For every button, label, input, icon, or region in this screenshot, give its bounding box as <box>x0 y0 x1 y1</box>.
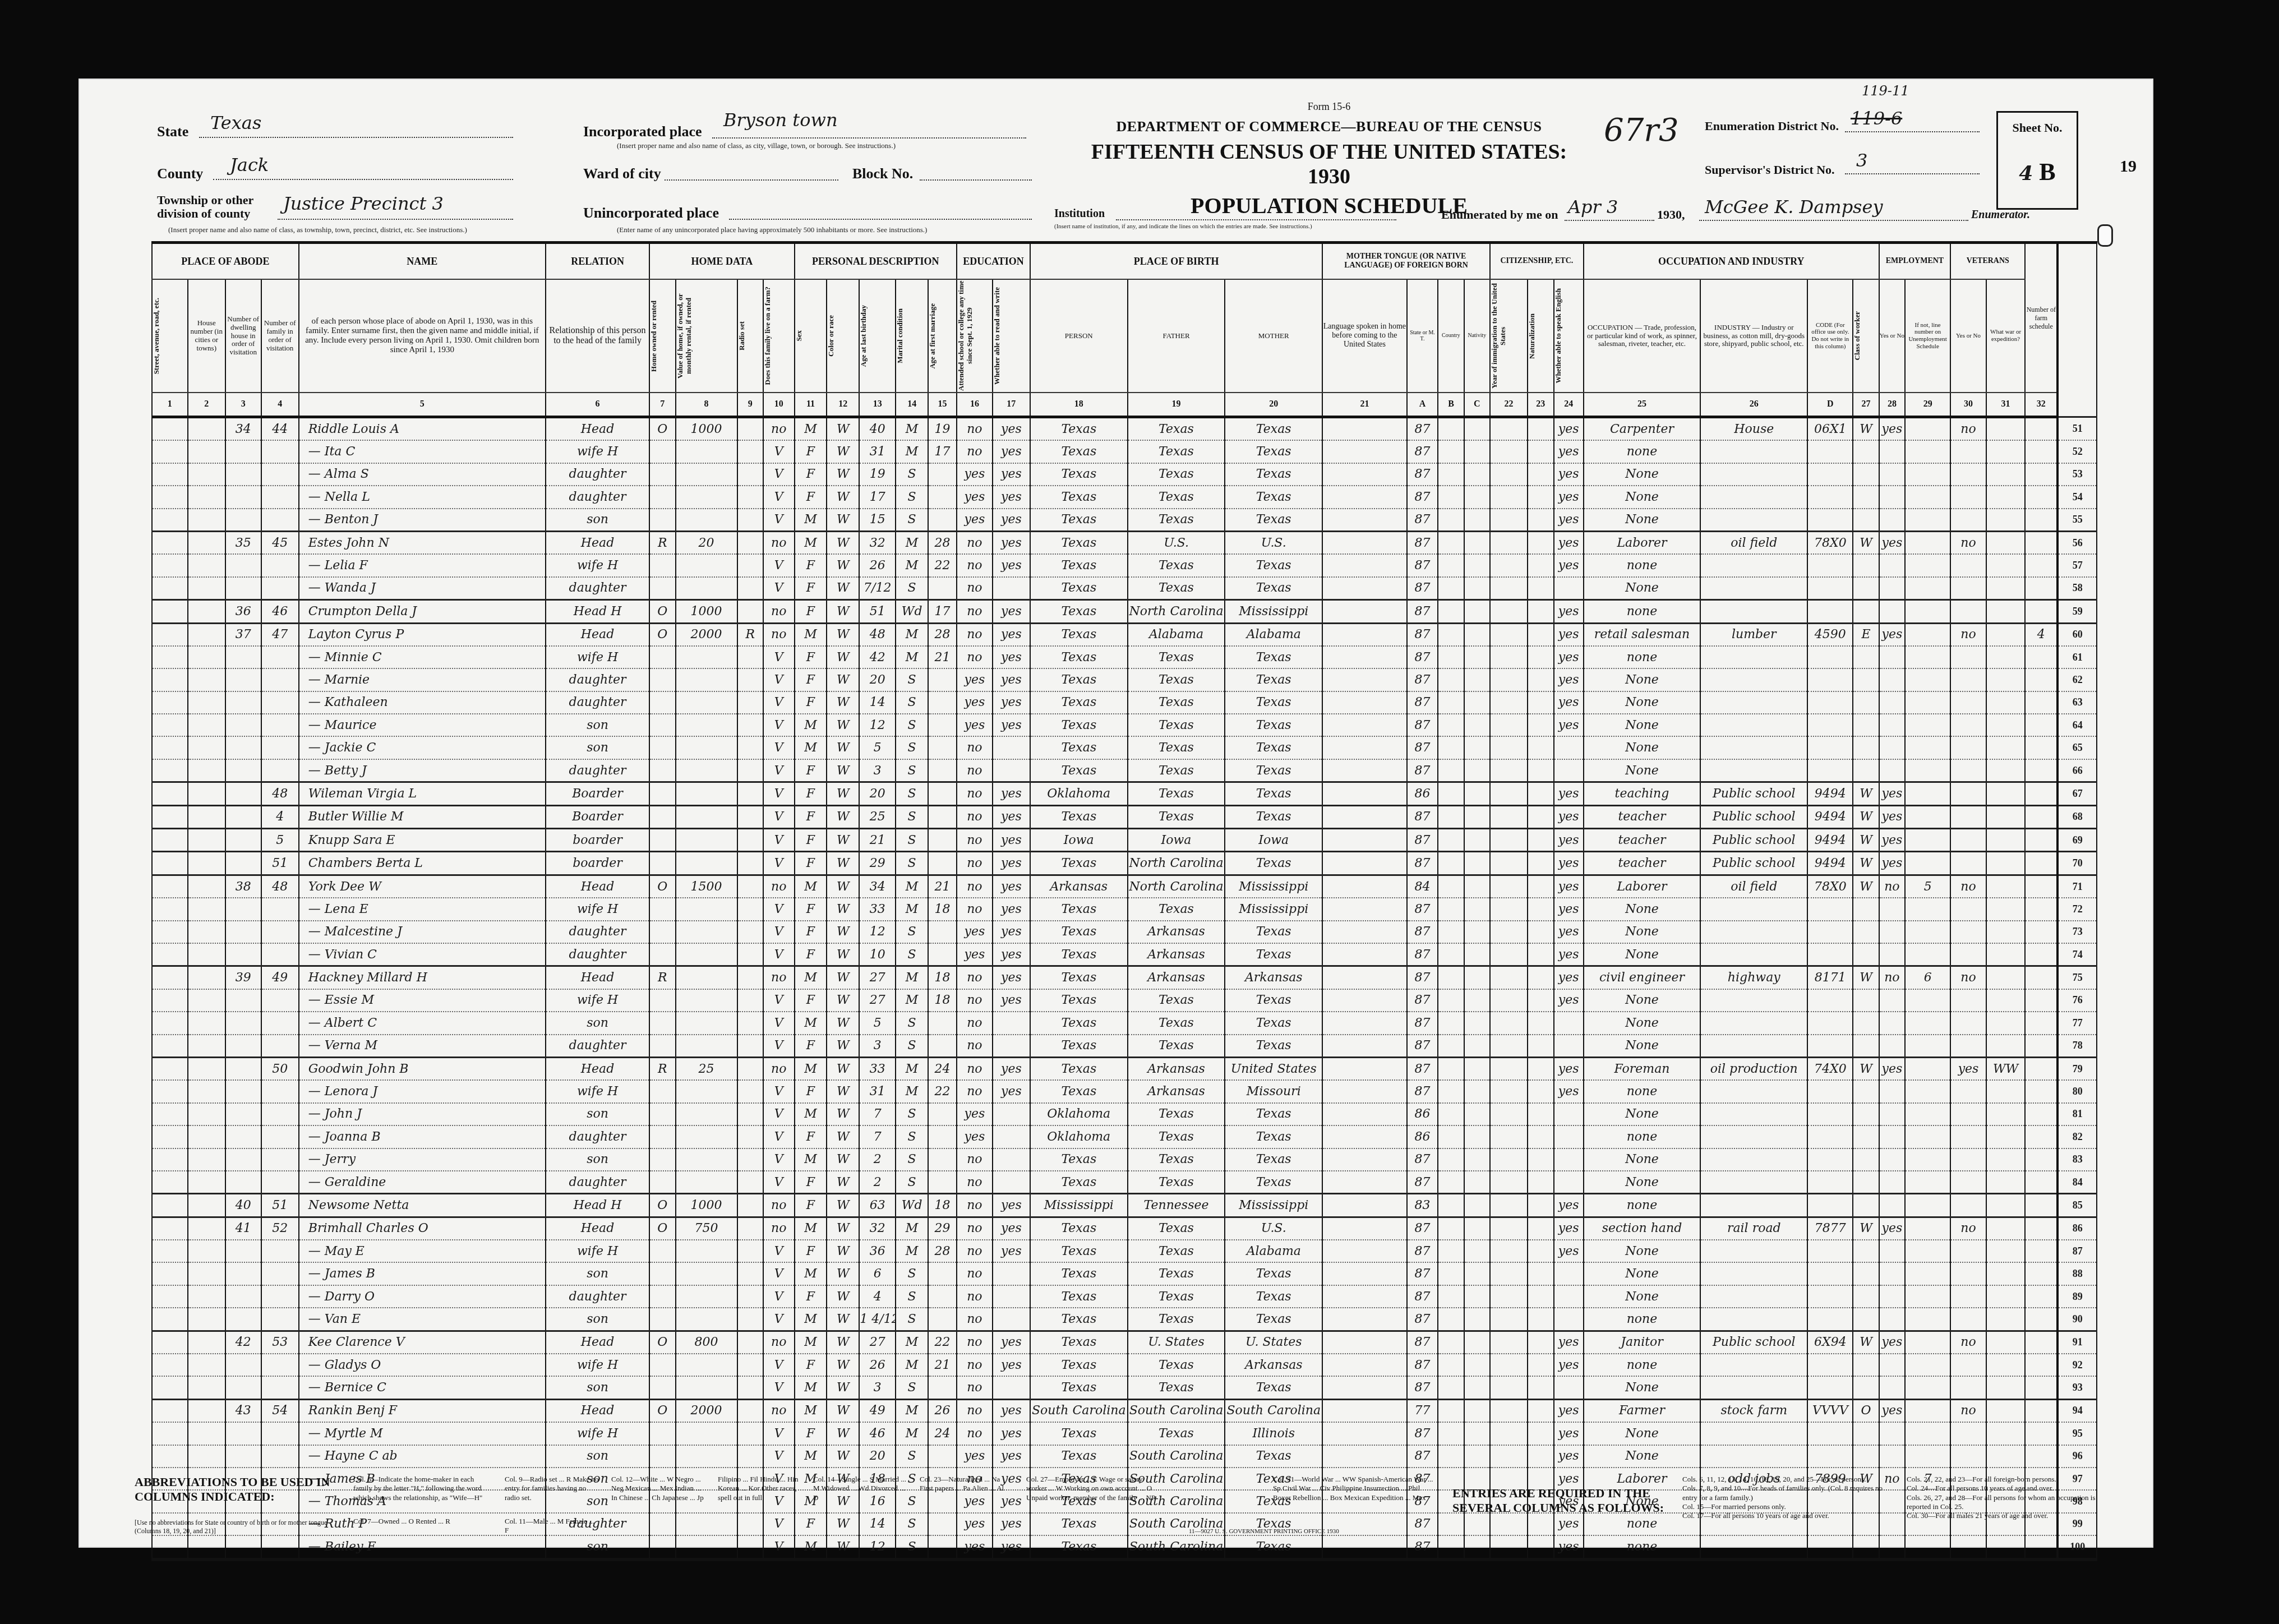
code-d-cell <box>1807 1103 1853 1125</box>
farm-cell: no <box>763 531 795 554</box>
class-of-worker-cell: W <box>1853 417 1879 441</box>
farm-cell: V <box>763 1125 795 1148</box>
col-pob-person: PERSON <box>1030 279 1128 393</box>
code-c-cell <box>1464 1103 1490 1125</box>
birthplace-father-cell: Texas <box>1128 1354 1225 1376</box>
relation-cell: wife H <box>546 646 649 668</box>
occupation-cell: None <box>1584 1376 1700 1399</box>
sex-cell: M <box>795 1217 827 1240</box>
language-cell <box>1322 782 1407 805</box>
code-d-cell <box>1807 1354 1853 1376</box>
veteran-cell <box>1950 1376 1986 1399</box>
home-owned-cell <box>649 1354 675 1376</box>
street-cell <box>152 417 188 441</box>
ward-label: Ward of city <box>583 165 661 182</box>
class-of-worker-cell: W <box>1853 782 1879 805</box>
age-cell: 31 <box>859 1080 896 1102</box>
occupation-cell: None <box>1584 1422 1700 1445</box>
home-owned-cell <box>649 440 675 463</box>
birthplace-father-cell: North Carolina <box>1128 852 1225 875</box>
farm-schedule-cell <box>2025 1080 2057 1102</box>
table-row: — Hayne C absonVMW20SyesyesTexasSouth Ca… <box>152 1445 2097 1468</box>
veteran-cell <box>1950 1194 1986 1217</box>
line-number-cell: 57 <box>2057 554 2097 576</box>
line-number-cell: 68 <box>2057 805 2097 828</box>
code-d-cell: 9494 <box>1807 829 1853 852</box>
code-a-cell: 87 <box>1407 1012 1438 1034</box>
at-work-cell: yes <box>1879 1057 1905 1080</box>
abbr-col7: Col. 7—Owned ... O Rented ... R <box>353 1517 493 1526</box>
at-work-cell <box>1879 1354 1905 1376</box>
line-number-cell: 96 <box>2057 1445 2097 1468</box>
table-row: 4253Kee Clarence VHeadO800noMW27M22noyes… <box>152 1331 2097 1354</box>
marital-cell: S <box>896 1262 928 1285</box>
occupation-cell: None <box>1584 943 1700 966</box>
at-work-cell <box>1879 1376 1905 1399</box>
code-d-cell <box>1807 1171 1853 1194</box>
table-row: — Verna MdaughterVFW3SnoTexasTexasTexas8… <box>152 1035 2097 1058</box>
radio-cell <box>737 1080 763 1102</box>
code-b-cell <box>1438 440 1464 463</box>
table-row: — GeraldinedaughterVFW2SnoTexasTexasTexa… <box>152 1171 2097 1194</box>
institution-label: Institution <box>1054 207 1105 220</box>
veteran-cell <box>1950 600 1986 623</box>
group-occupation-industry: OCCUPATION AND INDUSTRY <box>1584 243 1879 280</box>
industry-cell <box>1700 1103 1807 1125</box>
home-value-cell: 1500 <box>676 875 737 898</box>
house-number-cell <box>188 782 225 805</box>
industry-cell <box>1700 1422 1807 1445</box>
house-number-cell <box>188 1125 225 1148</box>
veteran-cell <box>1950 463 1986 486</box>
birthplace-mother-cell: Texas <box>1225 1125 1322 1148</box>
speak-english-cell: yes <box>1554 714 1584 736</box>
age-cell: 3 <box>859 1035 896 1058</box>
veteran-cell <box>1950 1148 1986 1171</box>
race-cell: W <box>827 531 859 554</box>
code-a-cell: 87 <box>1407 691 1438 714</box>
industry-cell <box>1700 1262 1807 1285</box>
enumerated-year: 1930, <box>1657 207 1685 222</box>
school-cell: yes <box>957 463 993 486</box>
relation-cell: Head <box>546 623 649 646</box>
farm-schedule-cell <box>2025 943 2057 966</box>
race-cell: W <box>827 943 859 966</box>
relation-cell: son <box>546 1376 649 1399</box>
birthplace-person-cell: Texas <box>1030 1171 1128 1194</box>
code-a-cell: 83 <box>1407 1194 1438 1217</box>
house-number-cell <box>188 1171 225 1194</box>
age-first-marriage-cell <box>928 782 957 805</box>
immigration-year-cell <box>1490 509 1528 532</box>
speak-english-cell: yes <box>1554 852 1584 875</box>
read-write-cell: yes <box>993 1331 1030 1354</box>
street-cell <box>152 577 188 600</box>
line-number-cell: 90 <box>2057 1308 2097 1331</box>
birthplace-father-cell: Texas <box>1128 714 1225 736</box>
veteran-cell <box>1950 1308 1986 1331</box>
sex-cell: M <box>795 1148 827 1171</box>
age-cell: 46 <box>859 1422 896 1445</box>
language-cell <box>1322 1240 1407 1262</box>
family-number-cell: 53 <box>261 1331 299 1354</box>
farm-schedule-cell <box>2025 1422 2057 1445</box>
immigration-year-cell <box>1490 1194 1528 1217</box>
birthplace-father-cell: Texas <box>1128 1148 1225 1171</box>
veteran-cell: no <box>1950 417 1986 441</box>
code-b-cell <box>1438 852 1464 875</box>
code-a-cell: 87 <box>1407 921 1438 943</box>
birthplace-father-cell: South Carolina <box>1128 1399 1225 1422</box>
radio-cell: R <box>737 623 763 646</box>
speak-english-cell: yes <box>1554 1080 1584 1102</box>
naturalization-cell <box>1528 1376 1553 1399</box>
immigration-year-cell <box>1490 1422 1528 1445</box>
dwelling-number-cell: 43 <box>225 1399 261 1422</box>
line-number-cell: 54 <box>2057 486 2097 508</box>
column-number: 16 <box>957 393 993 417</box>
table-row: — Minnie Cwife HVFW42M21noyesTexasTexasT… <box>152 646 2097 668</box>
war-cell: WW <box>1986 1057 2025 1080</box>
house-number-cell <box>188 829 225 852</box>
birthplace-mother-cell: Mississippi <box>1225 898 1322 920</box>
immigration-year-cell <box>1490 782 1528 805</box>
birthplace-person-cell: Texas <box>1030 1012 1128 1034</box>
speak-english-cell <box>1554 1308 1584 1331</box>
birthplace-father-cell: Texas <box>1128 691 1225 714</box>
table-row: — Joanna BdaughterVFW7SyesOklahomaTexasT… <box>152 1125 2097 1148</box>
school-cell: no <box>957 577 993 600</box>
at-work-cell <box>1879 759 1905 782</box>
class-of-worker-cell <box>1853 989 1879 1012</box>
farm-schedule-cell <box>2025 759 2057 782</box>
race-cell: W <box>827 577 859 600</box>
unincorporated-note: (Enter name of any unincorporated place … <box>617 225 1032 234</box>
naturalization-cell <box>1528 966 1553 989</box>
at-work-cell: yes <box>1879 417 1905 441</box>
home-owned-cell <box>649 759 675 782</box>
immigration-year-cell <box>1490 966 1528 989</box>
home-value-cell <box>676 1035 737 1058</box>
age-cell: 7 <box>859 1103 896 1125</box>
veteran-cell <box>1950 1103 1986 1125</box>
code-c-cell <box>1464 1422 1490 1445</box>
line-number-cell: 62 <box>2057 668 2097 691</box>
occupation-cell: None <box>1584 509 1700 532</box>
farm-cell: V <box>763 852 795 875</box>
immigration-year-cell <box>1490 921 1528 943</box>
speak-english-cell: yes <box>1554 782 1584 805</box>
code-d-cell: 9494 <box>1807 805 1853 828</box>
farm-schedule-cell <box>2025 1194 2057 1217</box>
table-row: — Ita Cwife HVFW31M17noyesTexasTexasTexa… <box>152 440 2097 463</box>
birthplace-person-cell: Texas <box>1030 714 1128 736</box>
birthplace-person-cell: Texas <box>1030 736 1128 759</box>
home-value-cell <box>676 1148 737 1171</box>
occupation-cell: None <box>1584 898 1700 920</box>
industry-cell <box>1700 554 1807 576</box>
column-number: 13 <box>859 393 896 417</box>
family-number-cell: 49 <box>261 966 299 989</box>
home-owned-cell <box>649 646 675 668</box>
code-c-cell <box>1464 1217 1490 1240</box>
marital-cell: M <box>896 531 928 554</box>
at-work-cell <box>1879 577 1905 600</box>
farm-schedule-cell <box>2025 509 2057 532</box>
house-number-cell <box>188 852 225 875</box>
home-value-cell <box>676 1445 737 1468</box>
class-of-worker-cell: O <box>1853 1399 1879 1422</box>
unincorporated-label: Unincorporated place <box>583 205 719 222</box>
sex-cell: F <box>795 1422 827 1445</box>
code-d-cell <box>1807 1262 1853 1285</box>
column-number: 31 <box>1986 393 2025 417</box>
radio-cell <box>737 736 763 759</box>
marital-cell: S <box>896 943 928 966</box>
class-of-worker-cell: W <box>1853 852 1879 875</box>
person-name-cell: — John J <box>299 1103 546 1125</box>
immigration-year-cell <box>1490 875 1528 898</box>
code-d-cell <box>1807 759 1853 782</box>
language-cell <box>1322 714 1407 736</box>
speak-english-cell: yes <box>1554 486 1584 508</box>
street-cell <box>152 554 188 576</box>
occupation-cell: none <box>1584 1194 1700 1217</box>
veteran-cell <box>1950 898 1986 920</box>
enum-district-correction: 119-11 <box>1862 83 1909 99</box>
person-name-cell: — Bernice C <box>299 1376 546 1399</box>
column-number: 25 <box>1584 393 1700 417</box>
home-owned-cell: O <box>649 1399 675 1422</box>
line-number-cell: 52 <box>2057 440 2097 463</box>
speak-english-cell <box>1554 1285 1584 1308</box>
read-write-cell <box>993 1285 1030 1308</box>
street-cell <box>152 759 188 782</box>
code-b-cell <box>1438 1376 1464 1399</box>
radio-cell <box>737 1308 763 1331</box>
school-cell: no <box>957 1262 993 1285</box>
person-name-cell: — Albert C <box>299 1012 546 1034</box>
war-cell <box>1986 966 2025 989</box>
read-write-cell: yes <box>993 623 1030 646</box>
code-a-cell: 87 <box>1407 1354 1438 1376</box>
class-of-worker-cell <box>1853 1125 1879 1148</box>
sex-cell: M <box>795 1399 827 1422</box>
home-value-cell <box>676 1422 737 1445</box>
code-b-cell <box>1438 1194 1464 1217</box>
street-cell <box>152 966 188 989</box>
language-cell <box>1322 829 1407 852</box>
language-cell <box>1322 1399 1407 1422</box>
industry-cell <box>1700 714 1807 736</box>
at-work-cell <box>1879 1262 1905 1285</box>
sex-cell: M <box>795 1103 827 1125</box>
age-first-marriage-cell: 22 <box>928 554 957 576</box>
read-write-cell: yes <box>993 417 1030 441</box>
home-owned-cell: O <box>649 417 675 441</box>
col-family: Number of family in order of visitation <box>261 279 299 393</box>
home-value-cell <box>676 736 737 759</box>
farm-cell: V <box>763 782 795 805</box>
street-cell <box>152 1331 188 1354</box>
col-industry: INDUSTRY — Industry or business, as cott… <box>1700 279 1807 393</box>
table-row: — Wanda JdaughterVFW7/12SnoTexasTexasTex… <box>152 577 2097 600</box>
radio-cell <box>737 531 763 554</box>
code-a-cell: 87 <box>1407 736 1438 759</box>
veteran-cell <box>1950 782 1986 805</box>
code-d-cell: 78X0 <box>1807 531 1853 554</box>
school-cell: no <box>957 1148 993 1171</box>
sex-cell: F <box>795 1285 827 1308</box>
code-d-cell <box>1807 989 1853 1012</box>
home-value-cell <box>676 829 737 852</box>
war-cell <box>1986 1308 2025 1331</box>
farm-schedule-cell <box>2025 875 2057 898</box>
age-cell: 26 <box>859 1354 896 1376</box>
read-write-cell: yes <box>993 509 1030 532</box>
col-pob-father: FATHER <box>1128 279 1225 393</box>
age-cell: 6 <box>859 1262 896 1285</box>
unemployment-line-cell: 5 <box>1905 875 1950 898</box>
group-place-of-birth: PLACE OF BIRTH <box>1030 243 1322 280</box>
person-name-cell: — Van E <box>299 1308 546 1331</box>
group-home-data: HOME DATA <box>649 243 794 280</box>
code-a-cell: 87 <box>1407 554 1438 576</box>
race-cell: W <box>827 1262 859 1285</box>
read-write-cell: yes <box>993 531 1030 554</box>
table-row: — Essie Mwife HVFW27M18noyesTexasTexasTe… <box>152 989 2097 1012</box>
dwelling-number-cell: 36 <box>225 600 261 623</box>
code-a-cell: 86 <box>1407 782 1438 805</box>
column-number: 28 <box>1879 393 1905 417</box>
immigration-year-cell <box>1490 805 1528 828</box>
farm-cell: V <box>763 463 795 486</box>
speak-english-cell <box>1554 1125 1584 1148</box>
table-row: — Nella LdaughterVFW17SyesyesTexasTexasT… <box>152 486 2097 508</box>
veteran-cell <box>1950 1012 1986 1034</box>
line-number-cell: 94 <box>2057 1399 2097 1422</box>
street-cell <box>152 1399 188 1422</box>
occupation-cell: teacher <box>1584 805 1700 828</box>
relation-cell: daughter <box>546 1035 649 1058</box>
unemployment-line-cell <box>1905 600 1950 623</box>
veteran-cell <box>1950 1285 1986 1308</box>
at-work-cell <box>1879 714 1905 736</box>
read-write-cell <box>993 1125 1030 1148</box>
family-number-cell <box>261 646 299 668</box>
table-row: 3545Estes John NHeadR20noMW32M28noyesTex… <box>152 531 2097 554</box>
home-owned-cell: R <box>649 966 675 989</box>
language-cell <box>1322 531 1407 554</box>
column-number: 21 <box>1322 393 1407 417</box>
home-owned-cell: O <box>649 600 675 623</box>
radio-cell <box>737 943 763 966</box>
at-work-cell <box>1879 668 1905 691</box>
abbr-col6: Col. 6—Indicate the home-maker in each f… <box>353 1475 493 1502</box>
school-cell: no <box>957 989 993 1012</box>
language-cell <box>1322 509 1407 532</box>
age-first-marriage-cell <box>928 1171 957 1194</box>
read-write-cell <box>993 1308 1030 1331</box>
form-number: Form 15-6 <box>1077 101 1581 113</box>
at-work-cell: yes <box>1879 852 1905 875</box>
occupation-cell: None <box>1584 691 1700 714</box>
industry-cell: highway <box>1700 966 1807 989</box>
industry-cell <box>1700 1194 1807 1217</box>
col-house-number: House number (in cities or towns) <box>188 279 225 393</box>
person-name-cell: — May E <box>299 1240 546 1262</box>
column-number: 4 <box>261 393 299 417</box>
race-cell: W <box>827 898 859 920</box>
dwelling-number-cell <box>225 782 261 805</box>
immigration-year-cell <box>1490 736 1528 759</box>
house-number-cell <box>188 1285 225 1308</box>
code-d-cell <box>1807 509 1853 532</box>
language-cell <box>1322 1125 1407 1148</box>
veteran-cell <box>1950 1240 1986 1262</box>
industry-cell <box>1700 668 1807 691</box>
farm-cell: V <box>763 486 795 508</box>
birthplace-person-cell: Texas <box>1030 440 1128 463</box>
farm-cell: V <box>763 1445 795 1468</box>
family-number-cell <box>261 668 299 691</box>
naturalization-cell <box>1528 829 1553 852</box>
school-cell: no <box>957 875 993 898</box>
code-c-cell <box>1464 759 1490 782</box>
home-owned-cell <box>649 921 675 943</box>
birthplace-mother-cell: Texas <box>1225 463 1322 486</box>
farm-schedule-cell <box>2025 691 2057 714</box>
marital-cell: Wd <box>896 1194 928 1217</box>
birthplace-father-cell: Texas <box>1128 1262 1225 1285</box>
table-row: — Malcestine JdaughterVFW12SyesyesTexasA… <box>152 921 2097 943</box>
marital-cell: S <box>896 1285 928 1308</box>
code-d-cell <box>1807 577 1853 600</box>
school-cell: no <box>957 554 993 576</box>
code-a-cell: 86 <box>1407 1103 1438 1125</box>
birthplace-person-cell: Texas <box>1030 898 1128 920</box>
naturalization-cell <box>1528 554 1553 576</box>
birthplace-father-cell: Tennessee <box>1128 1194 1225 1217</box>
home-owned-cell <box>649 1125 675 1148</box>
code-c-cell <box>1464 668 1490 691</box>
home-value-cell: 750 <box>676 1217 737 1240</box>
relation-cell: daughter <box>546 921 649 943</box>
immigration-year-cell <box>1490 1354 1528 1376</box>
house-number-cell <box>188 577 225 600</box>
marital-cell: S <box>896 509 928 532</box>
code-d-cell <box>1807 1148 1853 1171</box>
war-cell <box>1986 577 2025 600</box>
school-cell: no <box>957 966 993 989</box>
group-employment: EMPLOYMENT <box>1879 243 1950 280</box>
farm-cell: no <box>763 1194 795 1217</box>
line-number-cell: 55 <box>2057 509 2097 532</box>
column-number: 14 <box>896 393 928 417</box>
abbr-col11: Col. 11—Male ... M Female ... F <box>505 1517 600 1535</box>
birthplace-person-cell: Texas <box>1030 1354 1128 1376</box>
binding-hole-marker <box>2097 224 2113 247</box>
class-of-worker-cell <box>1853 1445 1879 1468</box>
relation-cell: wife H <box>546 1080 649 1102</box>
street-cell <box>152 509 188 532</box>
code-b-cell <box>1438 805 1464 828</box>
code-b-cell <box>1438 898 1464 920</box>
age-first-marriage-cell <box>928 1445 957 1468</box>
home-owned-cell <box>649 1376 675 1399</box>
line-number-cell: 86 <box>2057 1217 2097 1240</box>
family-number-cell <box>261 1262 299 1285</box>
